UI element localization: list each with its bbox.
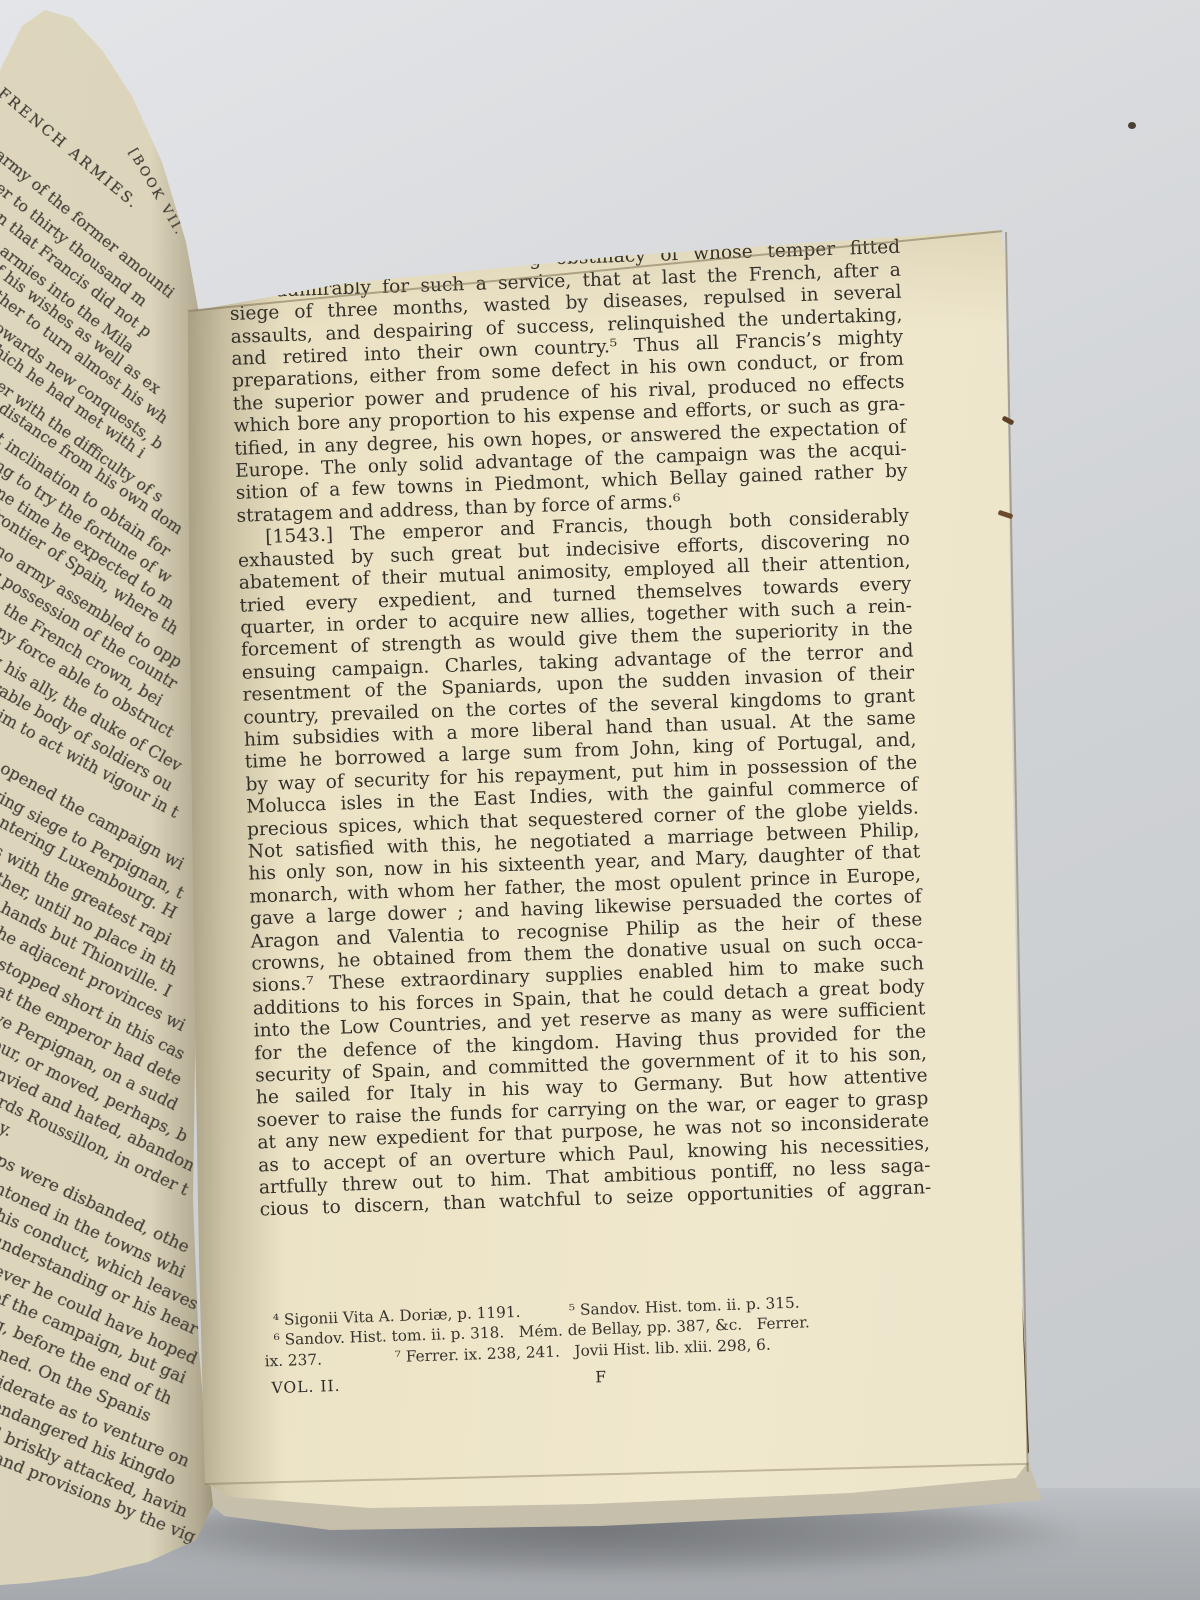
volume-label: VOL. II. [271,1377,341,1397]
footnotes: ⁴ Sigonii Vita A. Doriæ, p. 1191. ⁵ Sand… [261,1226,937,1372]
page-text-block: BOOK VII.] PREPARATIONS FOR ANOTHER CAMP… [226,174,938,1404]
body-text: lance of Doria,⁴ was defended so long an… [227,215,931,1223]
header-book-label: BOOK VII.] [226,193,322,215]
signature-mark: F [595,1368,606,1386]
header-page-number: 65 [876,174,898,194]
left-page-text-fragment: y. [0,1118,15,1140]
photo-of-open-book: { "right_page": { "header": { "book_labe… [0,0,1200,1600]
header-running-title: PREPARATIONS FOR ANOTHER CAMPAIGN. [322,174,877,211]
page-header: BOOK VII.] PREPARATIONS FOR ANOTHER CAMP… [226,174,898,215]
dust-speck [1128,122,1136,129]
